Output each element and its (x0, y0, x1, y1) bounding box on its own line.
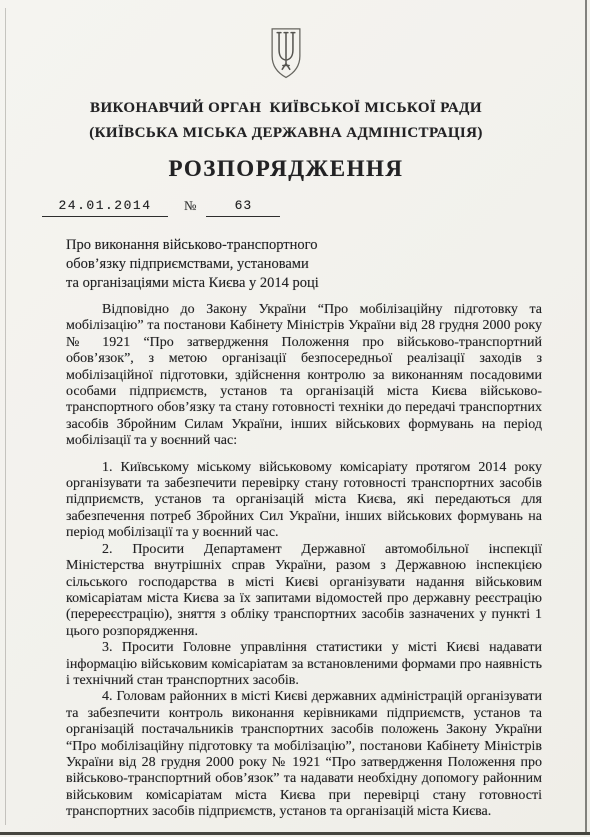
org-name-line1: ВИКОНАВЧИЙ ОРГАН КИЇВСЬКОЇ МІСЬКОЇ РАДИ (0, 100, 572, 117)
document-type-title: РОЗПОРЯДЖЕННЯ (0, 156, 572, 182)
scan-edge-right (585, 0, 587, 834)
document-body: Відповідно до Закону України “Про мобілі… (66, 302, 542, 821)
number-field: 63 (206, 198, 280, 217)
body-paragraph-item-3: 3. Просити Головне управління статистики… (66, 640, 542, 689)
scanned-page: ВИКОНАВЧИЙ ОРГАН КИЇВСЬКОЇ МІСЬКОЇ РАДИ … (0, 0, 590, 837)
body-paragraph-item-1: 1. Київському міському військовому коміс… (66, 460, 542, 542)
emblem-container (0, 0, 572, 85)
date-number-row: 24.01.2014 № 63 (42, 198, 590, 217)
org-name-line2: (КИЇВСЬКА МІСЬКА ДЕРЖАВНА АДМІНІСТРАЦІЯ) (0, 125, 572, 142)
body-paragraph-intro: Відповідно до Закону України “Про мобілі… (66, 302, 542, 450)
date-field: 24.01.2014 (42, 198, 168, 217)
number-sign: № (184, 198, 196, 214)
scan-edge-bottom (0, 832, 590, 835)
body-paragraph-item-2: 2. Просити Департамент Державної автомоб… (66, 542, 542, 640)
coat-of-arms-tryzub-icon (267, 27, 305, 80)
subject-block: Про виконання військово-транспортного об… (66, 236, 530, 293)
scan-edge-left (5, 8, 6, 825)
body-paragraph-item-4: 4. Головам районних в місті Києві держав… (66, 689, 542, 820)
